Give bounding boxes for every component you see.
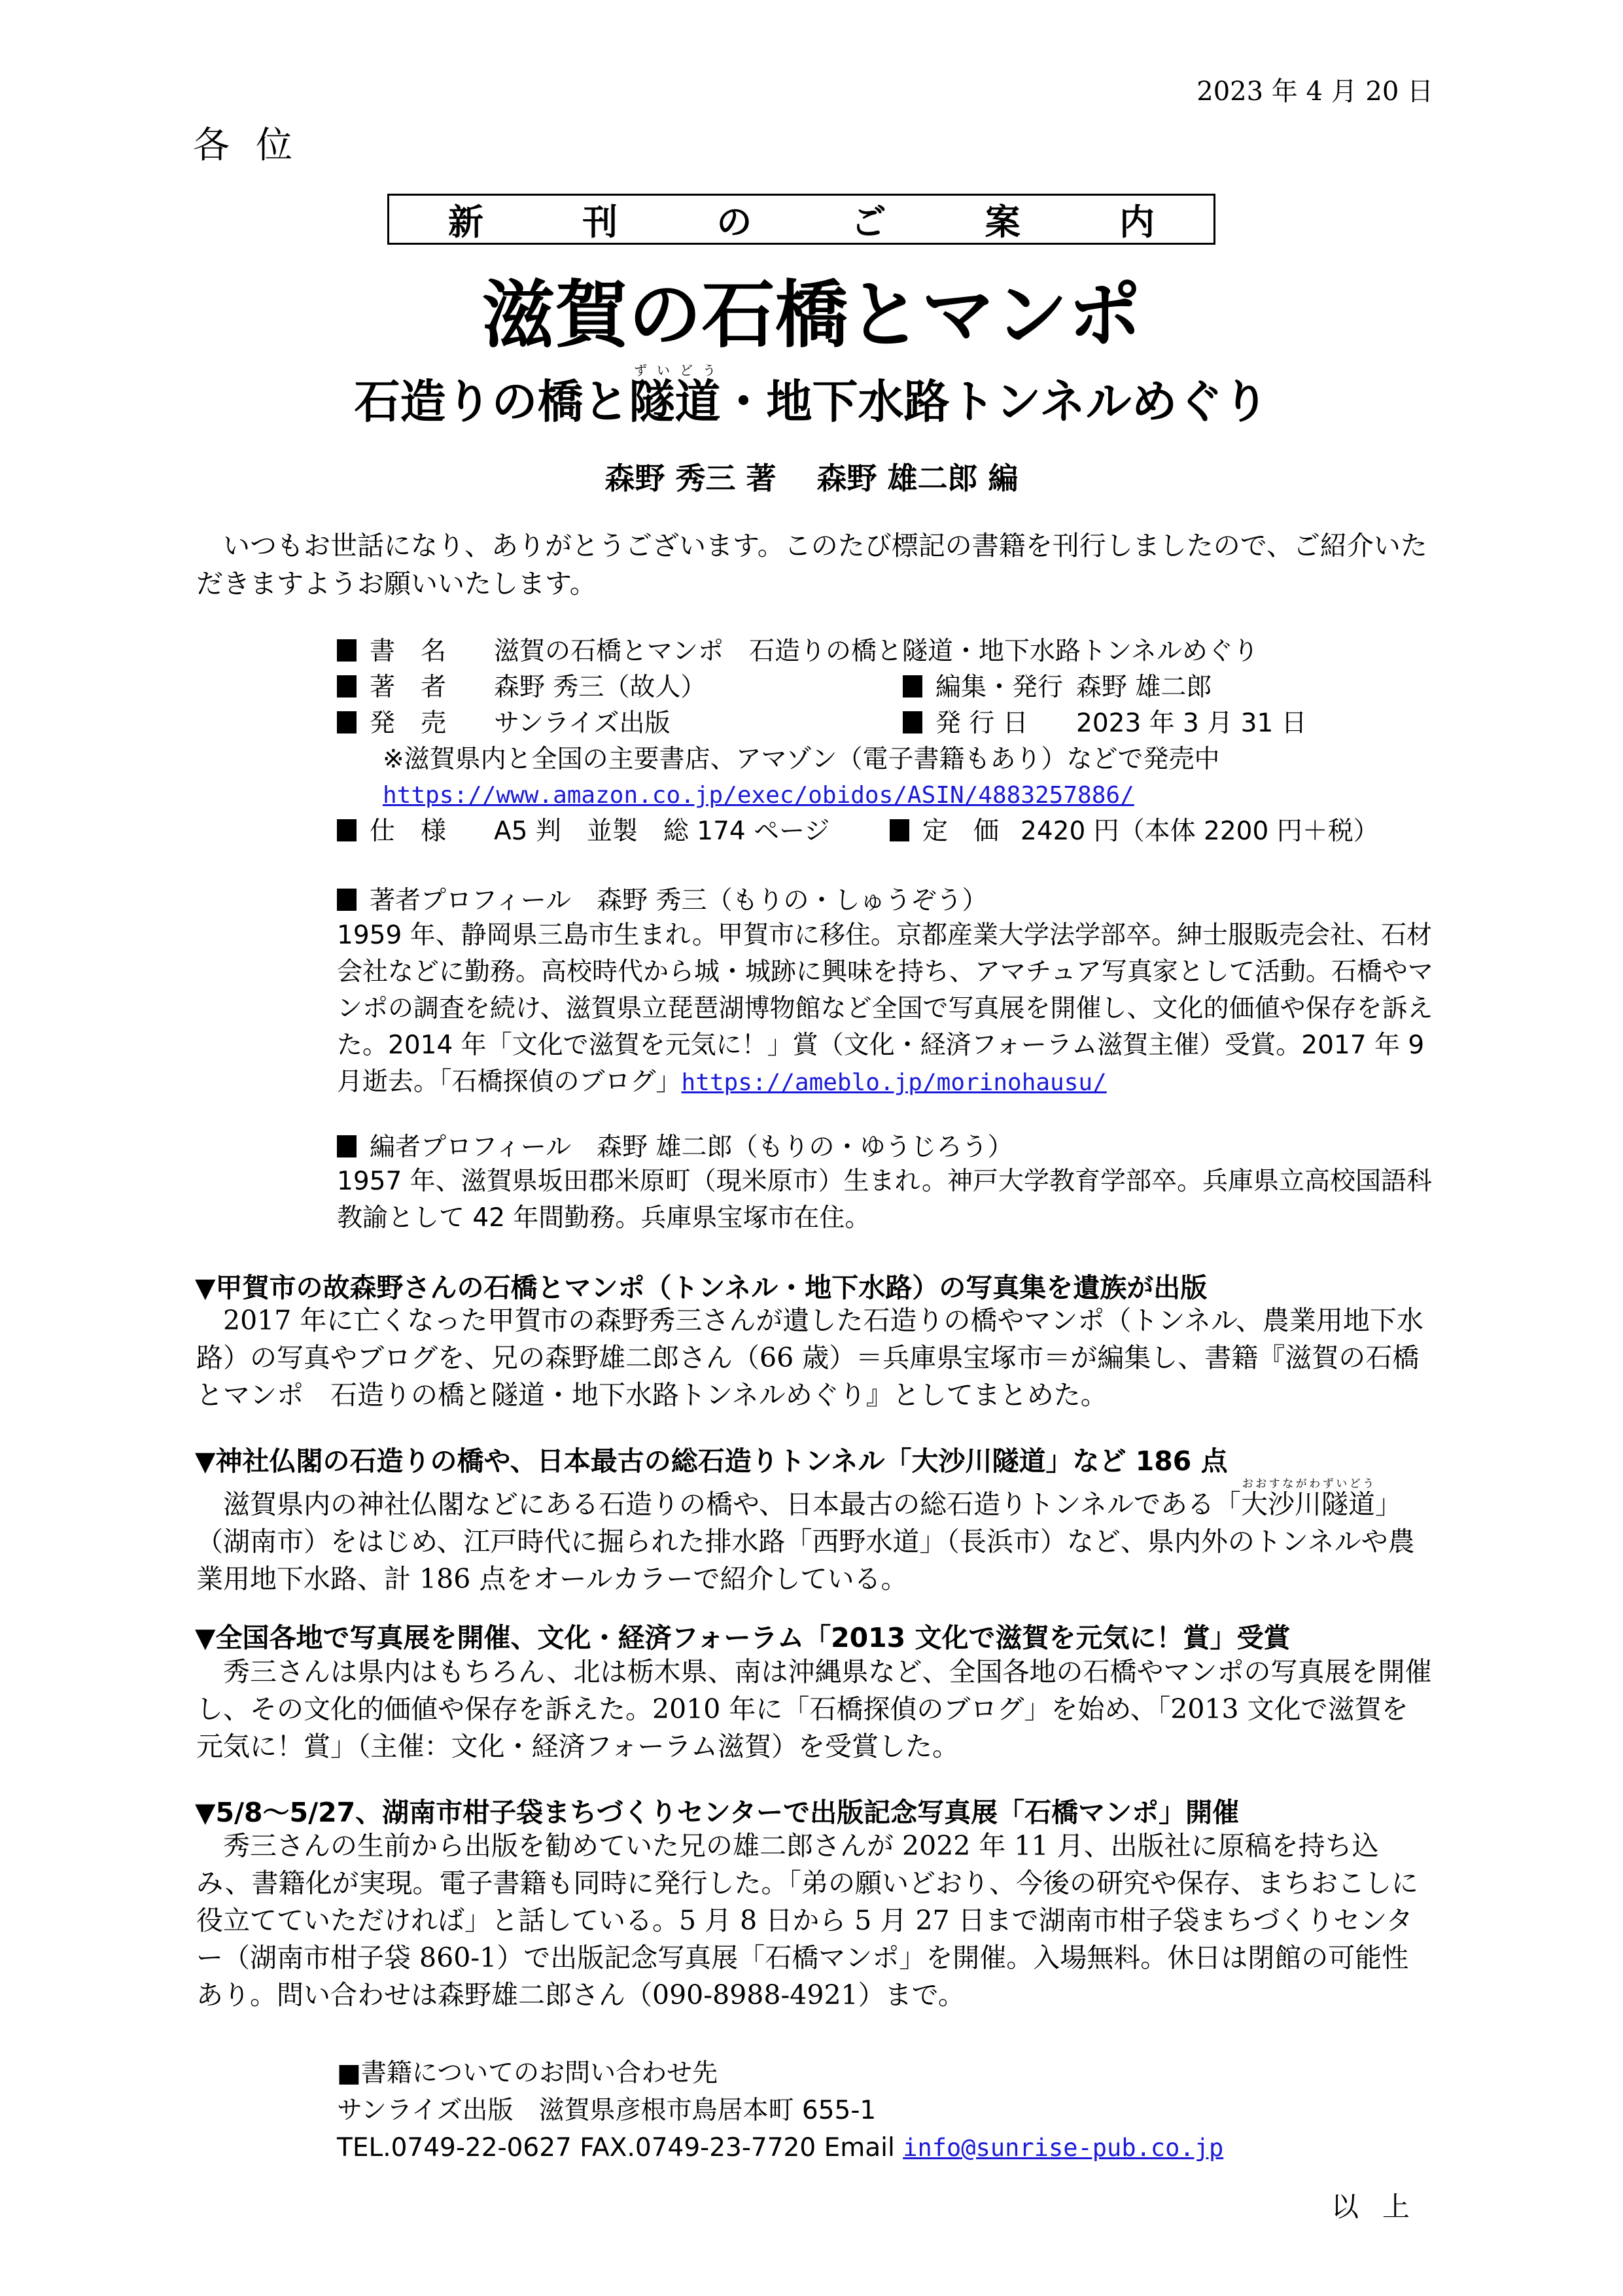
spec-editor-publisher: 編集・発行森野 雄二郎 <box>903 669 1212 705</box>
blog-link[interactable]: https://ameblo.jp/morinohausu/ <box>682 1069 1107 1096</box>
subtitle-ruby-base: 隧道 <box>629 374 721 429</box>
square-bullet-icon <box>337 1135 357 1157</box>
section-heading-3: ▼全国各地で写真展を開催、文化・経済フォーラム「2013 文化で滋賀を元気に！賞… <box>195 1616 1290 1655</box>
announcement-char: 案 <box>985 194 1021 245</box>
spec-price: 定 価2420 円（本体 2200 円＋税） <box>890 813 1379 849</box>
spec-distributor: 発 売サンライズ出版 <box>337 705 671 741</box>
announcement-char: 新 <box>448 194 483 245</box>
section-heading-1: ▼甲賀市の故森野さんの石橋とマンポ（トンネル・地下水路）の写真集を遺族が出版 <box>195 1266 1207 1305</box>
spec-book-title: 書 名滋賀の石橋とマンポ 石造りの橋と隧道・地下水路トンネルめぐり <box>337 633 1259 669</box>
square-bullet-icon <box>337 819 357 841</box>
closing-mark: 以上 <box>1331 2185 1433 2225</box>
book-title: 滋賀の石橋とマンポ <box>0 256 1623 362</box>
contact-heading: ■書籍についてのお問い合わせ先 <box>337 2055 718 2092</box>
square-bullet-icon <box>337 889 357 911</box>
section-body-4: 秀三さんの生前から出版を勧めていた兄の雄二郎さんが 2022 年 11 月、出版… <box>196 1828 1433 2014</box>
author-credits: 森野 秀三 著 森野 雄二郎 編 <box>0 455 1623 498</box>
author-profile-body: 1959 年、静岡県三島市生まれ。甲賀市に移住。京都産業大学法学部卒。紳士服販売… <box>337 917 1449 1101</box>
addressee: 各位 <box>193 116 319 169</box>
announcement-char: 内 <box>1119 194 1155 245</box>
section-heading-2: ▼神社仏閣の石造りの橋や、日本最古の総石造りトンネル「大沙川隧道」など 186 … <box>195 1439 1228 1478</box>
announcement-char: の <box>716 194 752 245</box>
availability-note: ※滋賀県内と全国の主要書店、アマゾン（電子書籍もあり）などで発売中 <box>383 741 1220 777</box>
subtitle-before: 石造りの橋と <box>355 374 629 429</box>
author-profile-heading: 著者プロフィール 森野 秀三（もりの・しゅうぞう） <box>337 880 988 917</box>
square-bullet-icon <box>337 711 357 733</box>
announcement-char: 刊 <box>582 194 618 245</box>
subtitle-after: ・地下水路トンネルめぐり <box>721 374 1269 429</box>
section-heading-4: ▼5/8～5/27、湖南市柑子袋まちづくりセンターで出版記念写真展「石橋マンポ」… <box>195 1791 1239 1829</box>
email-link[interactable]: info@sunrise-pub.co.jp <box>903 2134 1223 2162</box>
square-bullet-icon <box>903 675 922 698</box>
subtitle-ruby-text: ずいどう <box>629 362 721 378</box>
square-bullet-icon <box>337 639 357 662</box>
contact-address: サンライズ出版 滋賀県彦根市鳥居本町 655-1 <box>337 2092 876 2129</box>
square-bullet-icon <box>337 675 357 698</box>
spec-author: 著 者森野 秀三（故人） <box>337 669 706 705</box>
spec-format: 仕 様A5 判 並製 総 174 ページ <box>337 813 829 849</box>
square-bullet-icon <box>890 819 909 841</box>
contact-phone-fax: TEL.0749-22-0627 FAX.0749-23-7720 Email … <box>337 2129 1223 2166</box>
spec-publish-date: 発 行 日2023 年 3 月 31 日 <box>903 705 1307 741</box>
section-body-3: 秀三さんは県内はもちろん、北は栃木県、南は沖縄県など、全国各地の石橋やマンポの写… <box>196 1653 1433 1765</box>
square-bullet-icon <box>903 711 922 733</box>
editor-profile-body: 1957 年、滋賀県坂田郡米原町（現米原市）生まれ。神戸大学教育学部卒。兵庫県立… <box>337 1163 1449 1237</box>
book-subtitle: 石造りの橋と隧道ずいどう・地下水路トンネルめぐり <box>0 363 1623 431</box>
announcement-char: ご <box>851 194 886 245</box>
section-body-2: 滋賀県内の神社仏閣などにある石造りの橋や、日本最古の総石造りトンネルである「大沙… <box>196 1477 1433 1598</box>
amazon-link[interactable]: https://www.amazon.co.jp/exec/obidos/ASI… <box>383 777 1134 813</box>
editor-profile-heading: 編者プロフィール 森野 雄二郎（もりの・ゆうじろう） <box>337 1127 1013 1163</box>
announcement-box: 新 刊 の ご 案 内 <box>387 194 1215 245</box>
document-date: 2023 年 4 月 20 日 <box>1196 71 1433 108</box>
intro-paragraph: いつもお世話になり、ありがとうございます。このたび標記の書籍を刊行しましたので、… <box>196 527 1433 603</box>
section-body-1: 2017 年に亡くなった甲賀市の森野秀三さんが遺した石造りの橋やマンポ（トンネル… <box>196 1302 1433 1414</box>
